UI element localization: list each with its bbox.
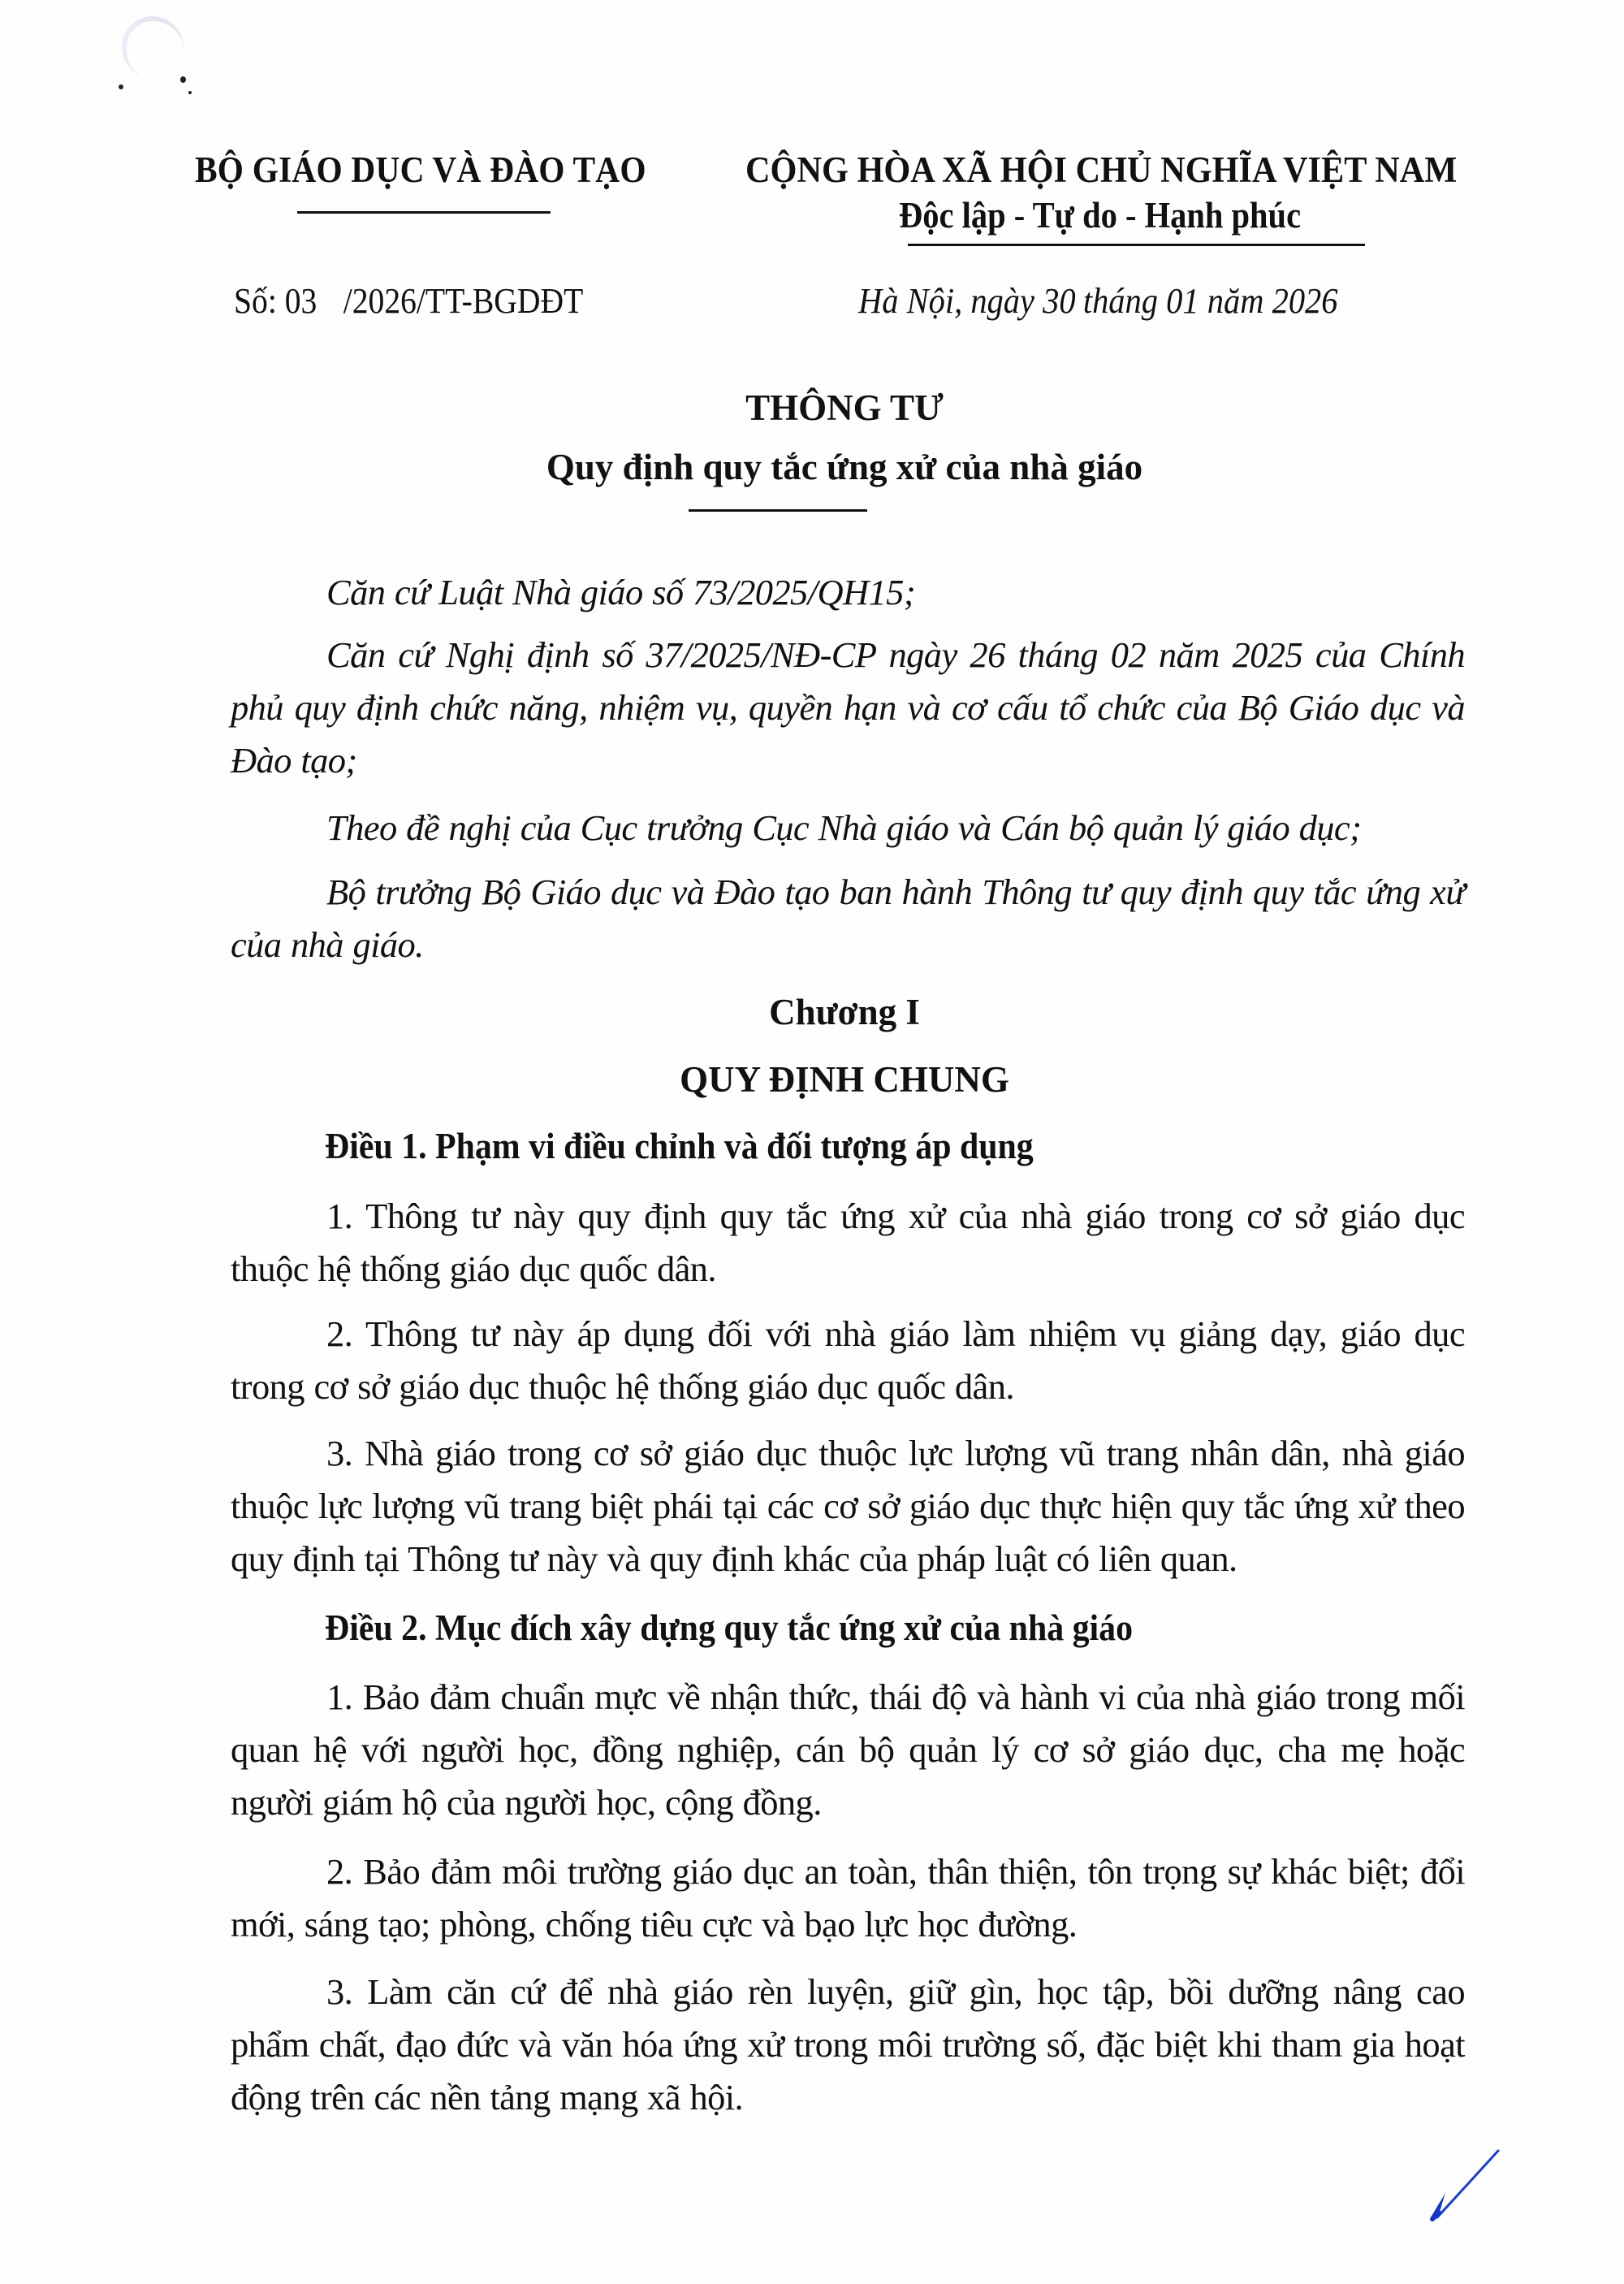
document-number-prefix: Số: 03 — [234, 281, 317, 321]
scan-dot — [180, 76, 186, 83]
article-1-heading: Điều 1. Phạm vi điều chỉnh và đối tượng … — [325, 1125, 1034, 1167]
article-1-clause-3: 3. Nhà giáo trong cơ sở giáo dục thuộc l… — [231, 1427, 1465, 1585]
document-number-suffix: /2026/TT-BGDĐT — [343, 281, 584, 321]
article-2-heading: Điều 2. Mục đích xây dựng quy tắc ứng xử… — [325, 1607, 1133, 1649]
title-underline — [689, 509, 867, 512]
handwritten-check-icon — [1413, 2144, 1510, 2242]
preamble-proposal: Theo đề nghị của Cục trưởng Cục Nhà giáo… — [231, 802, 1465, 854]
national-title: CỘNG HÒA XÃ HỘI CHỦ NGHĨA VIỆT NAM — [745, 149, 1457, 191]
article-1-clause-2: 2. Thông tư này áp dụng đối với nhà giáo… — [231, 1308, 1465, 1413]
preamble-decree-basis: Căn cứ Nghị định số 37/2025/NĐ-CP ngày 2… — [231, 629, 1465, 787]
chapter-number: Chương I — [32, 991, 1624, 1033]
scan-dot — [188, 91, 192, 94]
article-1-clause-1: 1. Thông tư này quy định quy tắc ứng xử … — [231, 1190, 1465, 1296]
scan-artifact — [117, 11, 188, 83]
place-and-date: Hà Nội, ngày 30tháng 01 năm 2026 — [858, 280, 1338, 322]
issuing-agency: BỘ GIÁO DỤC VÀ ĐÀO TẠO — [195, 149, 646, 191]
chapter-title: QUY ĐỊNH CHUNG — [32, 1058, 1624, 1101]
document-type: THÔNG TƯ — [32, 387, 1624, 429]
document-number: Số: 03/2026/TT-BGDĐT — [234, 280, 583, 322]
document-subject: Quy định quy tắc ứng xử của nhà giáo — [32, 446, 1624, 488]
motto-underline — [908, 244, 1365, 246]
place-date-prefix: Hà Nội, ngày 30 — [858, 281, 1076, 321]
article-2-clause-1: 1. Bảo đảm chuẩn mực về nhận thức, thái … — [231, 1671, 1465, 1829]
preamble-law-basis: Căn cứ Luật Nhà giáo số 73/2025/QH15; — [231, 566, 1465, 619]
preamble-enactment: Bộ trưởng Bộ Giáo dục và Đào tạo ban hàn… — [231, 866, 1465, 971]
document-page: BỘ GIÁO DỤC VÀ ĐÀO TẠO CỘNG HÒA XÃ HỘI C… — [0, 0, 1624, 2284]
national-motto: Độc lập - Tự do - Hạnh phúc — [899, 194, 1301, 236]
scan-dot — [119, 84, 123, 89]
place-date-suffix: tháng 01 năm 2026 — [1083, 281, 1338, 321]
article-2-clause-3: 3. Làm căn cứ để nhà giáo rèn luyện, giữ… — [231, 1966, 1465, 2124]
article-2-clause-2: 2. Bảo đảm môi trường giáo dục an toàn, … — [231, 1845, 1465, 1951]
agency-underline — [297, 211, 551, 214]
